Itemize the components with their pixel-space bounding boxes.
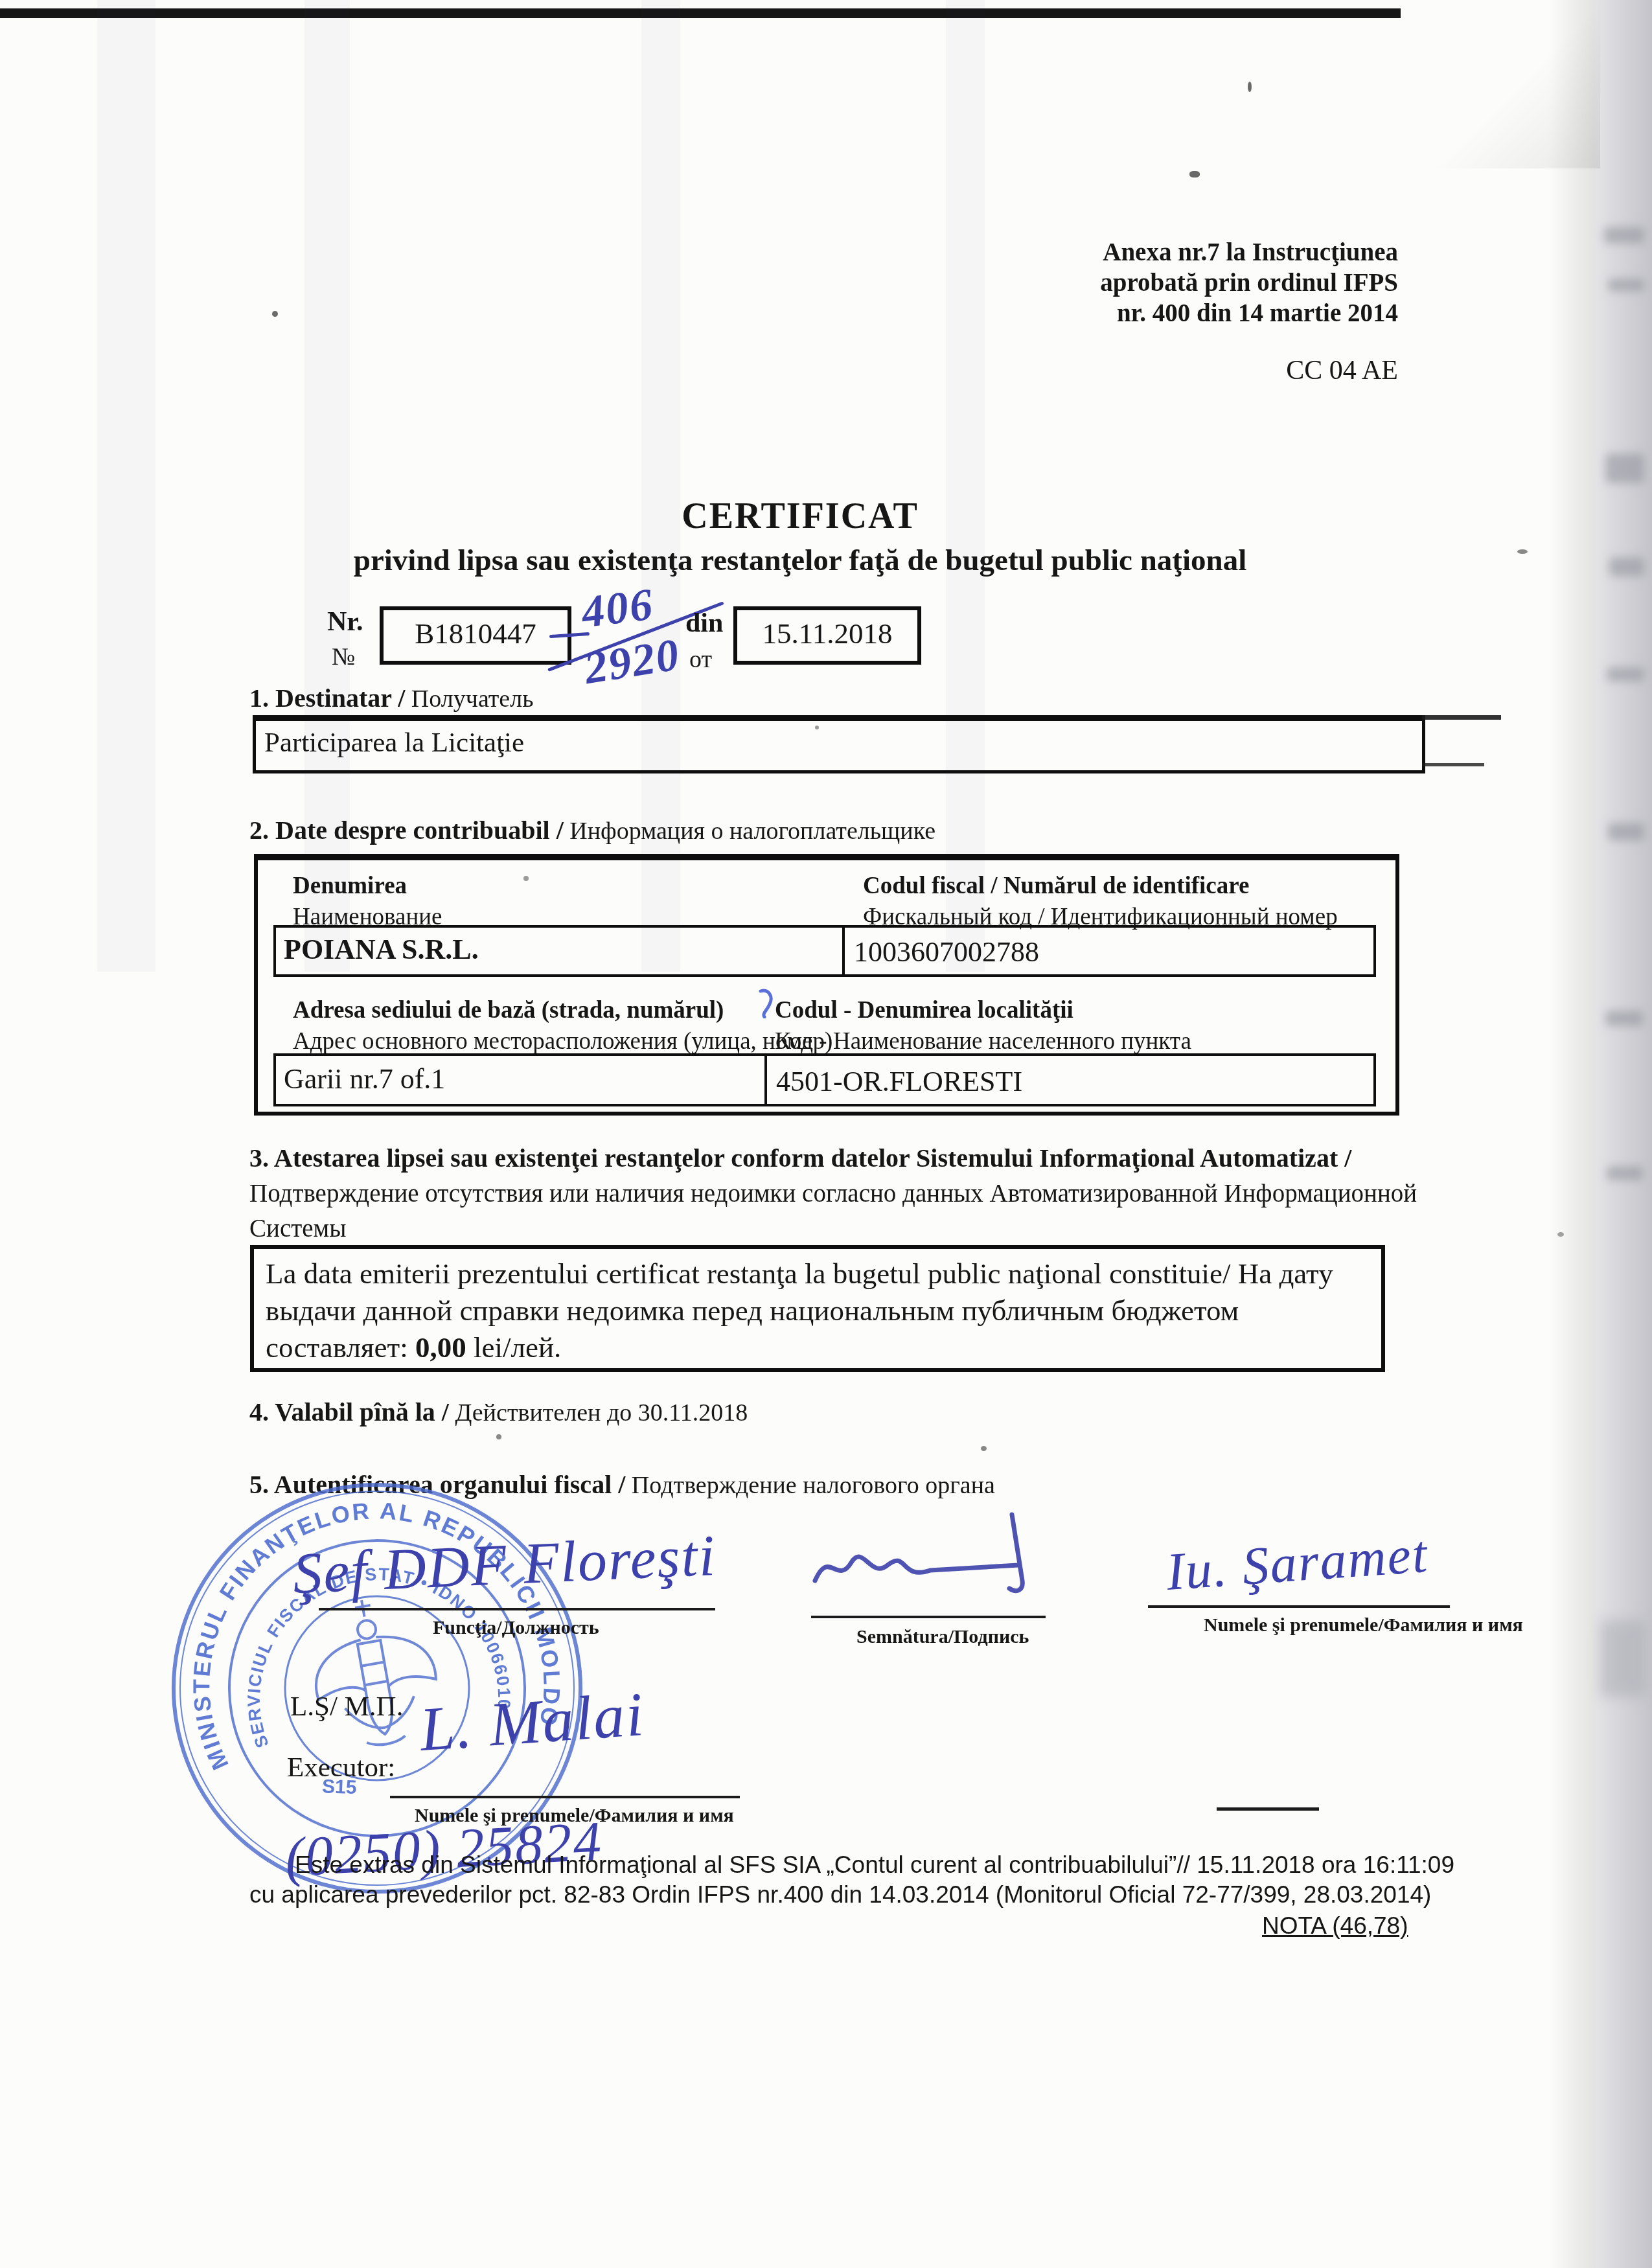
address-locality-divider <box>764 1053 767 1106</box>
page-title: CERTIFICAT <box>0 496 1600 537</box>
signature-line <box>811 1616 1046 1618</box>
locality-value: 4501-OR.FLORESTI <box>776 1065 1022 1098</box>
locality-label-ru: Код - Наименование населенного пункта <box>775 1027 1191 1055</box>
scan-top-right-corner-shade <box>1393 0 1600 168</box>
destinatar-box-line-extension-bottom <box>1422 763 1484 766</box>
fiscal-code-value: 1003607002788 <box>854 935 1039 968</box>
din-label-ru: от <box>689 645 712 674</box>
section1-heading-ru: Получатель <box>405 685 533 713</box>
scan-right-edge-shadow <box>1548 0 1595 2268</box>
footer-nota: NOTA (46,78) <box>1262 1912 1408 1940</box>
scan-right-background-strip <box>1595 0 1652 2268</box>
section3-heading-ru-line2: Системы <box>249 1214 346 1243</box>
arrears-amount: 0,00 <box>415 1331 466 1364</box>
scan-speck <box>1557 1232 1564 1237</box>
footer-line2: cu aplicarea prevederilor pct. 82-83 Ord… <box>249 1881 1431 1908</box>
locality-label-ro: Codul - Denumirea localităţii <box>775 996 1073 1024</box>
name-line <box>1148 1605 1450 1608</box>
scan-speck <box>496 1434 501 1439</box>
form-code: CC 04 AE <box>1286 355 1398 386</box>
stamp-place-label: L.Ş/ М.П. <box>290 1691 403 1723</box>
scanned-certificate-page: Anexa nr.7 la Instrucţiunea aprobată pri… <box>0 0 1652 2268</box>
bleedthrough-mark <box>1607 1166 1643 1180</box>
signature-label: Semnătura/Подпись <box>856 1626 1029 1648</box>
section4-heading-ro: 4. Valabil pînă la / <box>249 1397 449 1426</box>
executor-label: Executor: <box>287 1752 395 1783</box>
destinatar-box-line-extension <box>1422 715 1501 720</box>
section2-heading-ro: 2. Date despre contribuabil / <box>249 816 564 845</box>
function-label: Funcţia/Должность <box>433 1617 599 1639</box>
section2-heading: 2. Date despre contribuabil / Информация… <box>249 815 935 845</box>
din-label: din <box>685 608 723 639</box>
section4-heading: 4. Valabil pînă la / Действителен до 30.… <box>249 1397 748 1427</box>
fiscal-code-label-ro: Codul fiscal / Numărul de identificare <box>863 872 1249 900</box>
bleedthrough-mark <box>1608 823 1644 841</box>
scan-speck <box>272 311 278 317</box>
scanner-streak <box>97 0 155 972</box>
footer-line1: Este extras din Sistemul Informaţional a… <box>295 1851 1454 1879</box>
scan-speck <box>981 1446 987 1451</box>
handwritten-name-value: Iu. Şaramet <box>1164 1524 1430 1603</box>
certificate-date-value: 15.11.2018 <box>733 617 921 650</box>
name-fiscal-divider <box>842 925 845 977</box>
nr-label: Nr. <box>327 606 363 637</box>
function-line <box>319 1608 715 1610</box>
bleedthrough-mark <box>1605 453 1644 483</box>
footer-divider-line <box>1217 1807 1319 1811</box>
annex-note-line3: nr. 400 din 14 martie 2014 <box>1100 298 1398 328</box>
certificate-number-value: B1810447 <box>380 617 571 650</box>
address-value: Garii nr.7 of.1 <box>284 1062 445 1095</box>
address-label-ru: Адрес основного месторасположения (улица… <box>293 1027 832 1055</box>
section5-heading-ru: Подтверждение налогового органа <box>625 1472 994 1499</box>
name-label: Numele şi prenumele/Фамилия и имя <box>1204 1614 1523 1636</box>
section1-heading-ro: 1. Destinatar / <box>249 683 405 713</box>
scanner-streak <box>946 0 985 972</box>
page-subtitle: privind lipsa sau existenţa restanţelor … <box>0 543 1600 578</box>
bleedthrough-mark <box>1608 279 1644 292</box>
executor-name-line <box>390 1796 740 1798</box>
section4-heading-ru: Действителен до 30.11.2018 <box>449 1399 748 1426</box>
section1-heading: 1. Destinatar / Получатель <box>249 683 534 713</box>
name-label-ro: Denumirea <box>293 872 407 900</box>
signature-scribble <box>803 1503 1075 1623</box>
annex-note-line2: aprobată prin ordinul IFPS <box>1100 268 1398 298</box>
bleedthrough-mark <box>1607 667 1644 682</box>
address-label-ro: Adresa sediului de bază (strada, numărul… <box>293 996 724 1024</box>
bleedthrough-mark <box>1600 1620 1646 1697</box>
bleedthrough-mark <box>1605 1011 1643 1026</box>
scan-top-edge-bar <box>0 8 1401 18</box>
scan-speck <box>1189 171 1200 178</box>
annex-note: Anexa nr.7 la Instrucţiunea aprobată pri… <box>1100 237 1398 328</box>
handwritten-executor-name: L. Malai <box>418 1678 647 1765</box>
scan-speck <box>1248 82 1252 92</box>
section3-heading-ru-line1: Подтверждение отсутствия или наличия нед… <box>249 1179 1417 1208</box>
arrears-statement-suffix: lei/лей. <box>466 1331 562 1364</box>
section3-heading-ro: 3. Atestarea lipsei sau existenţei resta… <box>249 1143 1351 1173</box>
annex-note-line1: Anexa nr.7 la Instrucţiunea <box>1100 237 1398 268</box>
destinatar-value: Participarea la Licitaţie <box>264 727 524 759</box>
arrears-statement-text: La data emiterii prezentului certificat … <box>266 1255 1360 1366</box>
taxpayer-name-value: POIANA S.R.L. <box>284 933 479 966</box>
section2-heading-ru: Информация о налогоплательщике <box>564 818 935 845</box>
bleedthrough-mark <box>1604 227 1644 244</box>
handwritten-number-top: 406 <box>579 579 657 639</box>
bleedthrough-mark <box>1609 557 1644 577</box>
nr-label-ru: № <box>332 643 355 671</box>
